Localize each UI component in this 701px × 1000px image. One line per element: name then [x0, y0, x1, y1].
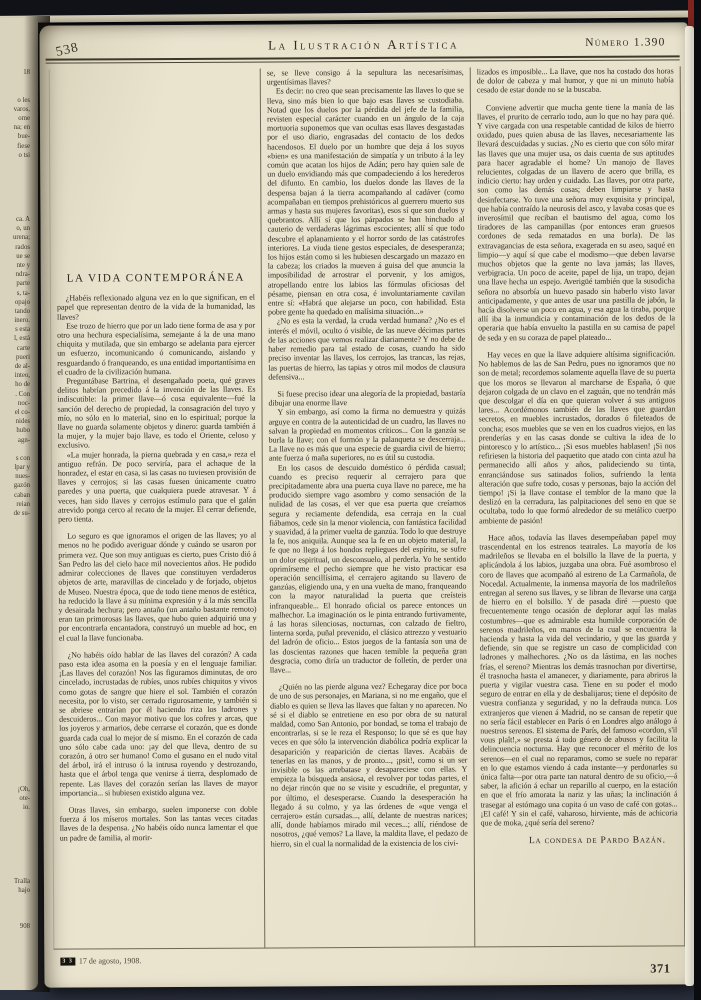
article-column-2: se, se lleve consigo á la sepultura las …	[260, 67, 475, 947]
article-column-1: LA VIDA CONTEMPORÁNEA ¿Habéis reflexiona…	[50, 69, 265, 949]
fore-edge-paper-strip	[685, 26, 694, 986]
article-paragraph: ¿Habéis reflexionado alguna vez en lo qu…	[57, 293, 255, 322]
article-paragraph: se, se lleve consigo á la sepultura las …	[267, 67, 464, 86]
magazine-page: 538 La Ilustración Artística Número 1.39…	[39, 22, 692, 987]
printer-mark-badge: 3 3	[60, 957, 75, 965]
article-paragraph: ¿No es esta la verdad, la cruda verdad h…	[268, 316, 465, 381]
header-issue-number: Número 1.390	[585, 36, 665, 48]
article-paragraph: Y sin embargo, así como la firma no demu…	[268, 407, 465, 463]
footer-page-number: 371	[650, 961, 670, 976]
page-above-edge	[0, 10, 701, 23]
article-column-3: lizados es imposible... La llave, que no…	[470, 66, 685, 946]
article-paragraph: Lo seguro es que ignoramos el origen de …	[58, 531, 257, 642]
article-paragraph: ¿No habéis oído hablar de las llaves del…	[59, 649, 258, 797]
article-paragraph: lizados es imposible... La llave, que no…	[477, 66, 674, 95]
footer-left: 3 3 17 de agosto, 1908.	[60, 956, 141, 965]
article-paragraph: En los casos de descuido doméstico ó pér…	[269, 462, 467, 675]
article-paragraph: «La mujer honrada, la pierna quebrada y …	[58, 449, 256, 524]
footer-date: 17 de agosto, 1908.	[79, 956, 141, 965]
author-signature: La condesa de Pardo Bazán.	[481, 837, 678, 847]
column-1-paragraphs: ¿Habéis reflexionado alguna vez en lo qu…	[57, 293, 258, 843]
article-paragraph: Ese trozo de hierro que por un lado tien…	[57, 320, 255, 376]
article-title: LA VIDA CONTEMPORÁNEA	[57, 274, 255, 284]
article-paragraph: Preguntábase Bartrina, el desengañado po…	[57, 376, 255, 451]
article-paragraph: Hay veces en que la llave adquiere altís…	[478, 349, 676, 525]
article-paragraph: Otras llaves, sin embargo, suelen impone…	[60, 805, 258, 843]
scan-background-right	[694, 0, 701, 1000]
scanned-book-spread: 18 o lesvaros,omena; enbue-fieseo tsi ca…	[0, 0, 701, 1000]
article-paragraph: Hace años, todavía las llaves desempeñab…	[479, 532, 678, 828]
column-2-paragraphs: se, se lleve consigo á la sepultura las …	[267, 67, 468, 848]
column-top-whitespace	[56, 69, 255, 275]
column-3-paragraphs: lizados es imposible... La llave, que no…	[477, 66, 678, 827]
article-paragraph: Es decir: no creo que sean precisamente …	[267, 86, 465, 317]
article-paragraph: ¿Quién no las pierde alguna vez? Echegar…	[270, 682, 468, 849]
article-paragraph: Conviene advertir que mucha gente tiene …	[477, 102, 675, 342]
article-text-block: LA VIDA CONTEMPORÁNEA ¿Habéis reflexiona…	[49, 66, 686, 949]
article-paragraph: Si fuese preciso idear una alegoría de l…	[268, 388, 465, 407]
